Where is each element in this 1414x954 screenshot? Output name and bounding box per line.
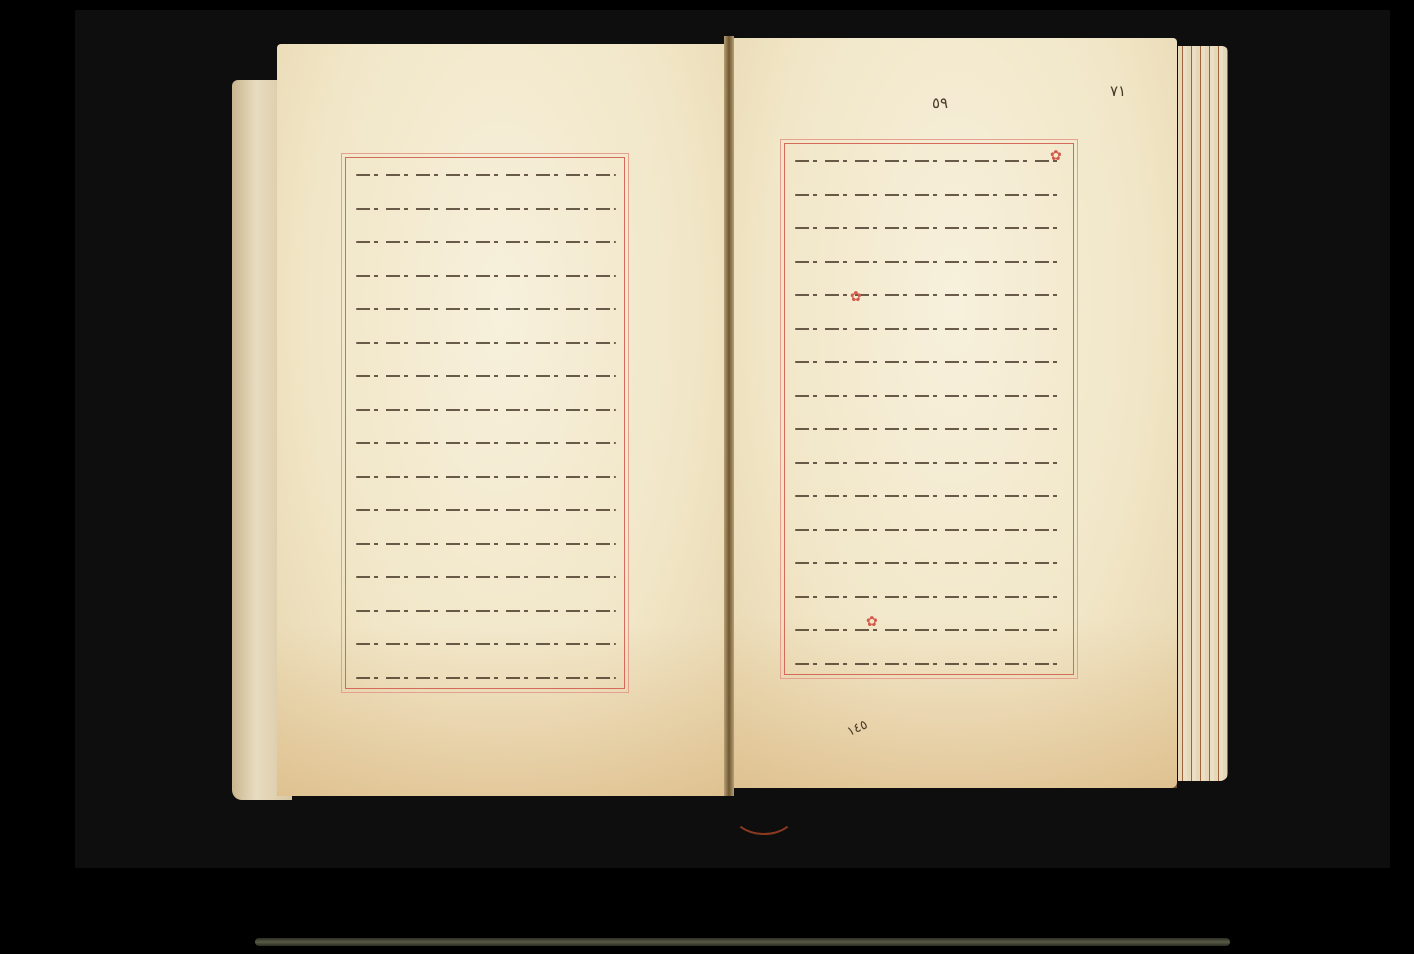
rosette-icon: ✿ <box>1050 148 1062 164</box>
page-number: ٥٩ <box>932 94 948 112</box>
manuscript-book: ✿ ✿ ✿ ٥٩ ٧١ ١٤٥ <box>232 36 1228 806</box>
book-gutter <box>724 36 734 796</box>
binding-thread <box>732 791 796 835</box>
right-page-stack <box>1178 46 1228 781</box>
film-edge <box>255 938 1230 946</box>
left-text-block <box>345 157 625 689</box>
rosette-icon: ✿ <box>850 289 862 305</box>
folio-number: ٧١ <box>1110 82 1126 100</box>
right-text-block <box>784 143 1074 675</box>
rosette-icon: ✿ <box>866 614 878 630</box>
